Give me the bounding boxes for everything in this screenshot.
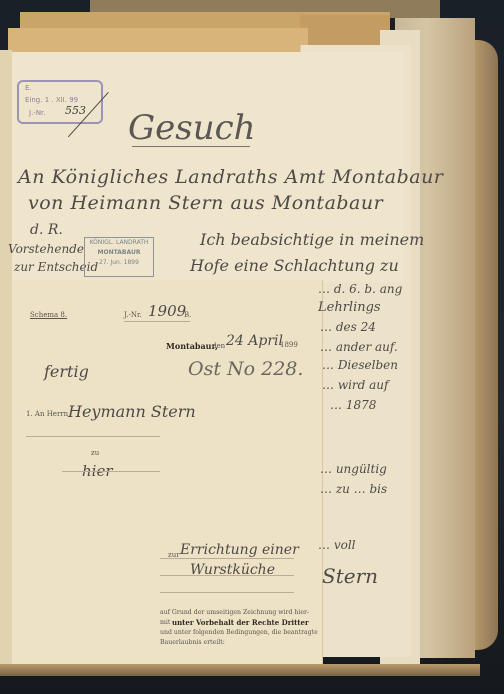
place-label: Montabaur,: [166, 341, 218, 351]
address-line-1: An Königliches Landraths Amt Montabaur: [18, 166, 443, 188]
office-stamp: KÖNIGL. LANDRATH MONTABAUR 27. Jun. 1899: [84, 237, 154, 277]
margin-note: d. R.: [30, 222, 63, 238]
stamp-line: KÖNIGL. LANDRATH: [85, 238, 153, 248]
received-stamp: E. Eing. 1 . XII. 99 J.-Nr. 553: [17, 80, 103, 124]
permit-text: mit: [160, 619, 170, 626]
petition-continuation-line: … voll: [318, 538, 356, 552]
stamp-line: E.: [25, 84, 32, 92]
jnr-value: 1909: [148, 302, 186, 320]
recipient-value: Heymann Stern: [68, 402, 196, 421]
jnr-label: J.-Nr.: [124, 311, 142, 319]
petition-continuation-line: … ungültig: [320, 462, 387, 476]
date-value: 24 April: [226, 333, 283, 349]
paper-stack-edge: [300, 15, 390, 45]
jnr-underline: [124, 321, 190, 322]
petition-continuation-line: … Dieselben: [322, 358, 398, 372]
petition-continuation-line: Lehrlings: [318, 300, 381, 315]
purpose-underline: [160, 558, 294, 559]
margin-handwriting: fertig: [44, 362, 89, 381]
margin-note: Vorstehende: [8, 242, 84, 256]
purpose-underline: [160, 575, 294, 576]
stamp-number: 553: [65, 104, 86, 117]
petition-continuation-line: … 1878: [330, 398, 376, 412]
document-title: Gesuch: [128, 108, 256, 148]
petition-continuation-line: … wird auf: [322, 378, 388, 392]
stamp-line: MONTABAUR: [85, 248, 153, 258]
permit-text-bold: unter Vorbehalt der Rechte Dritter: [172, 618, 309, 627]
title-underline: [132, 146, 250, 147]
schema-label: Schema 8.: [30, 311, 67, 319]
permit-text: und unter folgenden Bedingungen, die bea…: [160, 629, 318, 636]
permit-text: auf Grund der umseitigen Zeichnung wird …: [160, 609, 309, 616]
stamp-date: 27. Jun. 1899: [85, 258, 153, 268]
date-prefix: den: [212, 342, 225, 350]
petition-continuation-line: … ander auf.: [320, 340, 398, 354]
recipient-underline: [26, 436, 160, 437]
petitioner-signature: Stern: [322, 564, 378, 588]
year: 1899: [280, 341, 298, 349]
petition-continuation-line: … d. 6. b. ang: [318, 282, 402, 296]
recipient-label: 1. An Herrn: [26, 410, 68, 418]
petition-continuation-line: … zu … bis: [320, 482, 387, 496]
stamp-date: Eing. 1 . XII. 99: [25, 96, 78, 104]
permit-text: Bauerlaubnis erteilt:: [160, 639, 225, 646]
address-line-2: von Heimann Stern aus Montabaur: [28, 192, 383, 214]
purpose-value: Errichtung einer: [180, 542, 299, 558]
reference-number: Ost No 228.: [188, 358, 303, 380]
stamp-number-label: J.-Nr.: [29, 109, 46, 117]
jnr-suffix: B.: [184, 311, 191, 319]
petition-body-line: Ich beabsichtige in meinem: [200, 230, 424, 249]
location-label: zu: [91, 449, 99, 457]
bottom-page-edge: [0, 664, 480, 676]
petition-continuation-line: … des 24: [320, 320, 376, 334]
petition-body-line: Hofe eine Schlachtung zu: [190, 256, 399, 275]
purpose-underline: [160, 592, 294, 593]
location-underline: [62, 471, 160, 472]
